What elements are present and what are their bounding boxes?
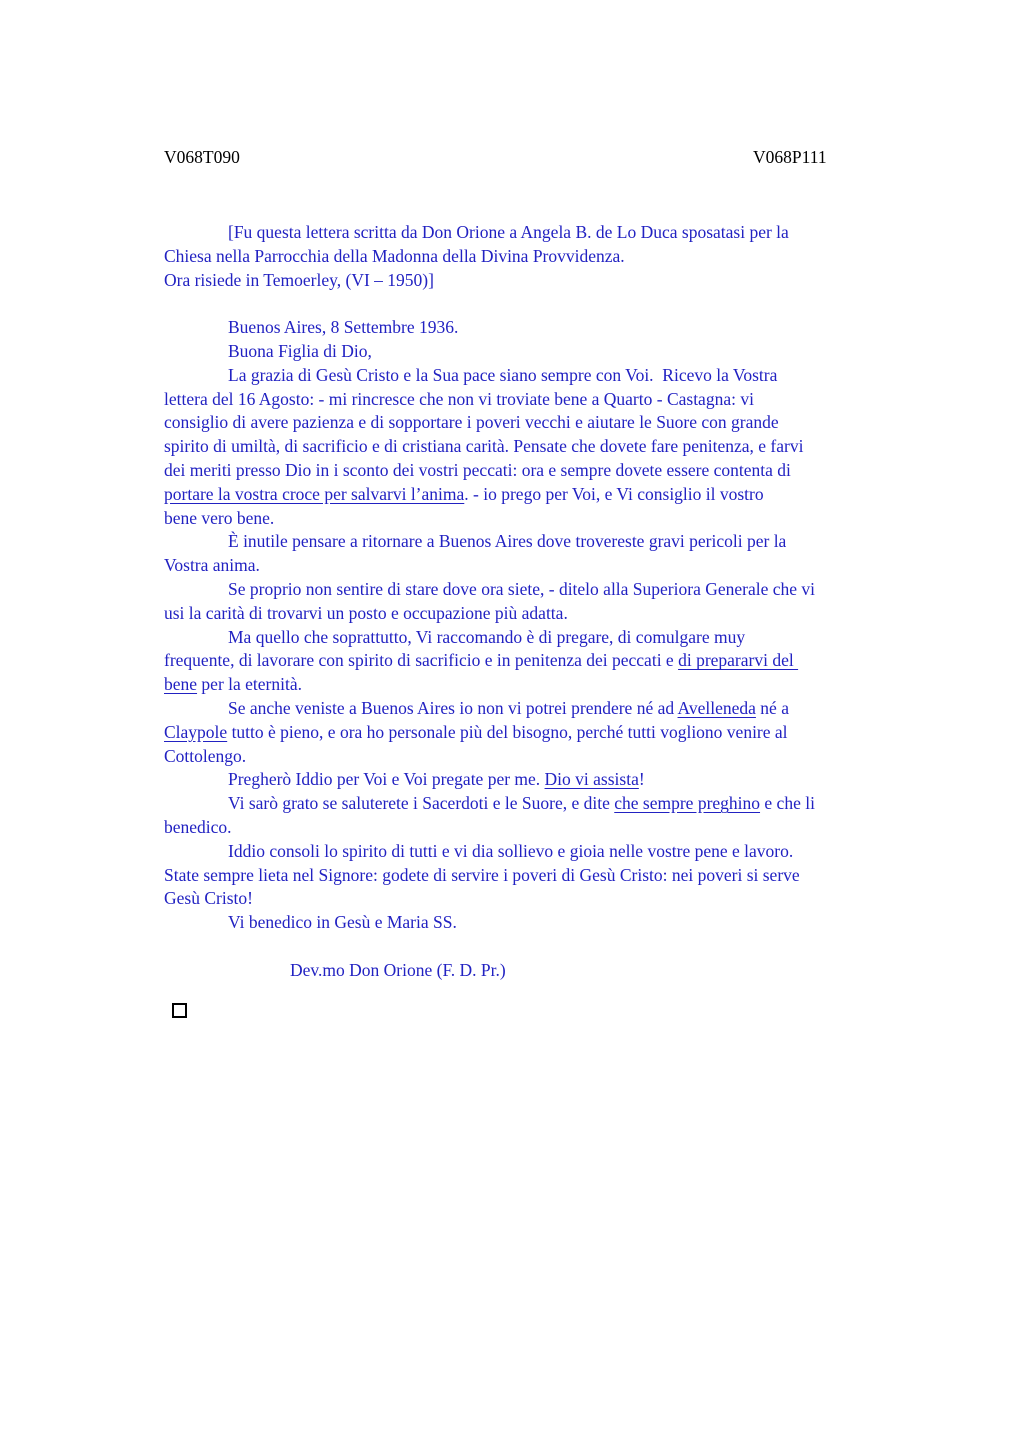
letter-line: bene per la eternità. <box>164 673 954 697</box>
letter-line: Vi sarò grato se saluterete i Sacerdoti … <box>164 792 954 816</box>
text-run: ! <box>639 769 645 789</box>
text-run: usi la carità di trovarvi un posto e occ… <box>164 603 568 623</box>
letter-line: dei meriti presso Dio in i sconto dei vo… <box>164 459 954 483</box>
empty-square-icon <box>172 1003 187 1018</box>
letter-line: Pregherò Iddio per Voi e Voi pregate per… <box>164 768 954 792</box>
text-run: lettera del 16 Agosto: - mi rincresce ch… <box>164 389 754 409</box>
letter-line: lettera del 16 Agosto: - mi rincresce ch… <box>164 388 954 412</box>
end-of-document-row <box>172 1003 187 1019</box>
letter-line: Buona Figlia di Dio, <box>164 340 954 364</box>
text-run: Pregherò Iddio per Voi e Voi pregate per… <box>228 769 545 789</box>
text-run: Chiesa nella Parrocchia della Madonna de… <box>164 246 625 266</box>
letter-body: [Fu questa lettera scritta da Don Orione… <box>164 221 954 983</box>
document-page: V068T090 V068P111 [Fu questa lettera scr… <box>0 0 1024 1450</box>
text-run: Ma quello che soprattutto, Vi raccomando… <box>228 627 745 647</box>
text-run: Ora risiede in Temoerley, (VI – 1950)] <box>164 270 434 290</box>
underlined-text-run: che sempre preghino <box>614 793 760 813</box>
text-run: Iddio consoli lo spirito di tutti e vi d… <box>228 841 793 861</box>
letter-line: bene vero bene. <box>164 507 954 531</box>
letter-line: benedico. <box>164 816 954 840</box>
letter-line: La grazia di Gesù Cristo e la Sua pace s… <box>164 364 954 388</box>
text-run: Vi benedico in Gesù e Maria SS. <box>228 912 457 932</box>
letter-line: Gesù Cristo! <box>164 887 954 911</box>
underlined-text-run: portare la vostra croce per salvarvi l’a… <box>164 484 464 504</box>
text-run: La grazia di Gesù Cristo e la Sua pace s… <box>228 365 777 385</box>
text-run: State sempre lieta nel Signore: godete d… <box>164 865 800 885</box>
text-run: spirito di umiltà, di sacrificio e di cr… <box>164 436 803 456</box>
underlined-text-run: Claypole <box>164 722 227 742</box>
letter-line: Se anche veniste a Buenos Aires io non v… <box>164 697 954 721</box>
text-run: e che li <box>760 793 815 813</box>
letter-line: Buenos Aires, 8 Settembre 1936. <box>164 316 954 340</box>
underlined-text-run: Dio vi assista <box>545 769 639 789</box>
letter-line: usi la carità di trovarvi un posto e occ… <box>164 602 954 626</box>
text-run: Buona Figlia di Dio, <box>228 341 372 361</box>
blank-line <box>164 292 954 316</box>
letter-line: Dev.mo Don Orione (F. D. Pr.) <box>164 959 954 983</box>
underlined-text-run: Avelleneda <box>678 698 756 718</box>
document-header: V068T090 V068P111 <box>164 146 924 168</box>
text-run: Se proprio non sentire di stare dove ora… <box>228 579 815 599</box>
letter-line: Cottolengo. <box>164 745 954 769</box>
text-run: Vostra anima. <box>164 555 260 575</box>
text-run: consiglio di avere pazienza e di sopport… <box>164 412 779 432</box>
text-run: frequente, di lavorare con spirito di sa… <box>164 650 678 670</box>
text-run: né a <box>756 698 789 718</box>
underlined-text-run: bene <box>164 674 197 694</box>
text-run: dei meriti presso Dio in i sconto dei vo… <box>164 460 791 480</box>
blank-line <box>164 935 954 959</box>
letter-line: [Fu questa lettera scritta da Don Orione… <box>164 221 954 245</box>
letter-line: Vostra anima. <box>164 554 954 578</box>
letter-line: State sempre lieta nel Signore: godete d… <box>164 864 954 888</box>
letter-line: frequente, di lavorare con spirito di sa… <box>164 649 954 673</box>
text-run: Cottolengo. <box>164 746 246 766</box>
text-run: Dev.mo Don Orione (F. D. Pr.) <box>290 960 506 980</box>
letter-line: Claypole tutto è pieno, e ora ho persona… <box>164 721 954 745</box>
letter-line: Vi benedico in Gesù e Maria SS. <box>164 911 954 935</box>
letter-line: spirito di umiltà, di sacrificio e di cr… <box>164 435 954 459</box>
text-run: Gesù Cristo! <box>164 888 253 908</box>
text-run: benedico. <box>164 817 232 837</box>
letter-line: Se proprio non sentire di stare dove ora… <box>164 578 954 602</box>
letter-line: Chiesa nella Parrocchia della Madonna de… <box>164 245 954 269</box>
text-run: per la eternità. <box>197 674 302 694</box>
text-run: Buenos Aires, 8 Settembre 1936. <box>228 317 458 337</box>
letter-line: È inutile pensare a ritornare a Buenos A… <box>164 530 954 554</box>
letter-line: consiglio di avere pazienza e di sopport… <box>164 411 954 435</box>
text-run: tutto è pieno, e ora ho personale più de… <box>227 722 787 742</box>
underlined-text-run: di prepararvi del <box>678 650 798 670</box>
letter-line: Ora risiede in Temoerley, (VI – 1950)] <box>164 269 954 293</box>
text-run: . - io prego per Voi, e Vi consiglio il … <box>464 484 763 504</box>
letter-line: portare la vostra croce per salvarvi l’a… <box>164 483 954 507</box>
letter-line: Ma quello che soprattutto, Vi raccomando… <box>164 626 954 650</box>
text-run: Se anche veniste a Buenos Aires io non v… <box>228 698 678 718</box>
text-run: Vi sarò grato se saluterete i Sacerdoti … <box>228 793 614 813</box>
letter-line: Iddio consoli lo spirito di tutti e vi d… <box>164 840 954 864</box>
header-code-right: V068P111 <box>753 146 827 168</box>
header-code-left: V068T090 <box>164 146 240 168</box>
text-run: bene vero bene. <box>164 508 274 528</box>
text-run: [Fu questa lettera scritta da Don Orione… <box>228 222 789 242</box>
text-run: È inutile pensare a ritornare a Buenos A… <box>228 531 786 551</box>
